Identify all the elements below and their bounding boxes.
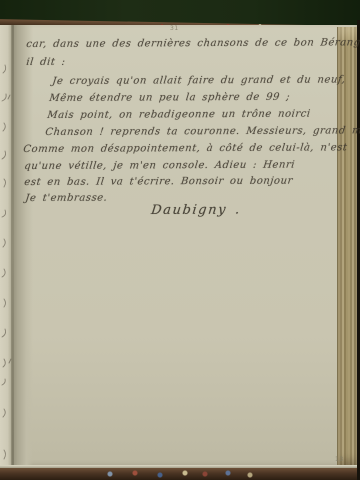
marbled-bottom-edge [0, 468, 360, 480]
letter-verse-line: Mais point, on rebadigeonne un trône noi… [47, 109, 312, 121]
signature: Daubigny . [150, 203, 242, 218]
pencil-number-bottom: 13 [335, 456, 344, 463]
letter-line: car, dans une des dernières chansons de … [26, 37, 360, 50]
gutter-shadow [11, 25, 33, 469]
left-page-text-fragments [0, 55, 14, 475]
letter-verse-line: Chanson ! reprends ta couronne. Messieur… [45, 125, 360, 138]
photograph-of-manuscript: car, dans une des dernières chansons de … [0, 0, 360, 480]
letter-verse-line: Je croyais qu'on allait faire du grand e… [52, 74, 346, 87]
letter-line: il dit : [26, 57, 66, 68]
letter-line: qu'une vétille, je m'en console. Adieu :… [24, 160, 296, 172]
book-fore-edge [337, 27, 358, 469]
pencil-number-top: 31 [170, 25, 179, 32]
letter-verse-line: Même étendre un peu la sphère de 99 ; [49, 92, 291, 104]
letter-line: est en bas. Il va t'écrire. Bonsoir ou b… [24, 176, 294, 188]
letter-line: Comme mon désappointement, à côté de cel… [23, 142, 348, 155]
letter-line: Je t'embrasse. [25, 193, 108, 204]
